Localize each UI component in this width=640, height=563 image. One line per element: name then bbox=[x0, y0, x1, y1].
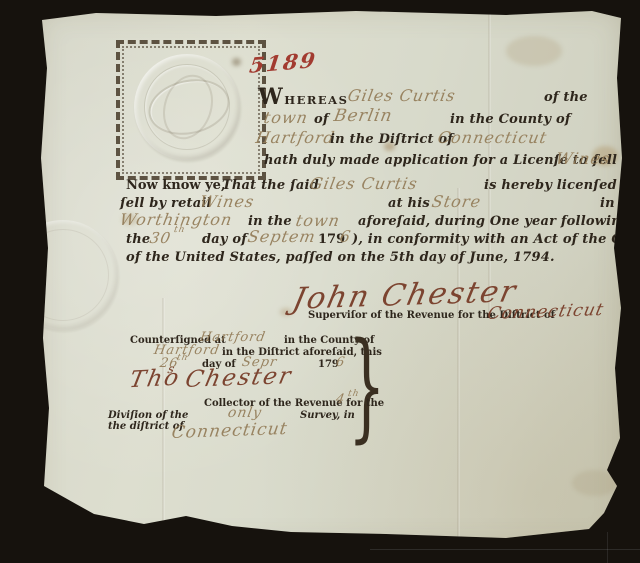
printed-text: Diviſion of the bbox=[108, 410, 188, 421]
day-number: 30 bbox=[148, 229, 172, 247]
printed-text: of the United States, paſſed on the 5th … bbox=[126, 250, 555, 265]
seal-ring bbox=[17, 229, 109, 321]
printed-text: day of bbox=[202, 232, 247, 247]
supervisor-district: Connecticut bbox=[485, 300, 606, 324]
printed-text: in bbox=[600, 196, 615, 211]
printed-text: aforeſaid, during One year following bbox=[358, 214, 630, 229]
printed-text: the bbox=[126, 232, 150, 247]
county-name: Hartford bbox=[254, 128, 336, 147]
countersign-year-digit: 6 bbox=[335, 355, 347, 370]
grantee-name: Giles Curtis bbox=[346, 86, 457, 105]
license-document: 5189 Whereas Giles Curtis of the town of… bbox=[36, 8, 624, 548]
premises-name: Store bbox=[430, 192, 482, 211]
printed-text: Now know ye, bbox=[126, 178, 225, 193]
printed-text: of the bbox=[544, 90, 588, 105]
goods-name: Wines bbox=[554, 149, 612, 168]
collector-signature-surname: Chester bbox=[183, 363, 295, 393]
printed-text: at his bbox=[388, 196, 430, 211]
day-ordinal: th bbox=[173, 225, 186, 235]
embossed-revenue-seal-icon bbox=[134, 54, 240, 160]
collector-district: Connecticut bbox=[170, 419, 289, 443]
district-name: Connecticut bbox=[436, 128, 549, 147]
scan-background: 5189 Whereas Giles Curtis of the town of… bbox=[0, 0, 640, 563]
stain bbox=[506, 36, 562, 66]
survey-fill: only bbox=[227, 405, 264, 421]
printed-text: in the County of bbox=[450, 112, 571, 127]
town-name: Berlin bbox=[332, 106, 394, 126]
stain bbox=[572, 470, 618, 496]
embossed-blind-seal-icon bbox=[8, 220, 118, 330]
serial-number: 5189 bbox=[248, 47, 319, 78]
division-ordinal: th bbox=[347, 389, 360, 399]
printed-text: is hereby licenſed to bbox=[484, 178, 637, 193]
printed-text: That the ſaid bbox=[222, 178, 319, 193]
printed-text: of bbox=[314, 112, 329, 127]
brace-glyph: } bbox=[348, 330, 386, 440]
town-word-hw: town bbox=[262, 108, 309, 127]
countersign-day-ordinal: th bbox=[176, 353, 189, 363]
year-digit: 6 bbox=[338, 227, 353, 246]
mat-grid-line bbox=[607, 532, 608, 563]
grantee-name: Giles Curtis bbox=[308, 174, 419, 193]
month-name: Septem bbox=[246, 227, 317, 246]
mat-grid-line bbox=[370, 549, 640, 550]
printed-text: in the Diſtrict of bbox=[330, 132, 453, 147]
printed-text: Survey, in bbox=[300, 410, 355, 421]
printed-text: ), in conformity with an Act of the Cong… bbox=[352, 232, 640, 247]
goods-name: Wines bbox=[198, 192, 256, 211]
